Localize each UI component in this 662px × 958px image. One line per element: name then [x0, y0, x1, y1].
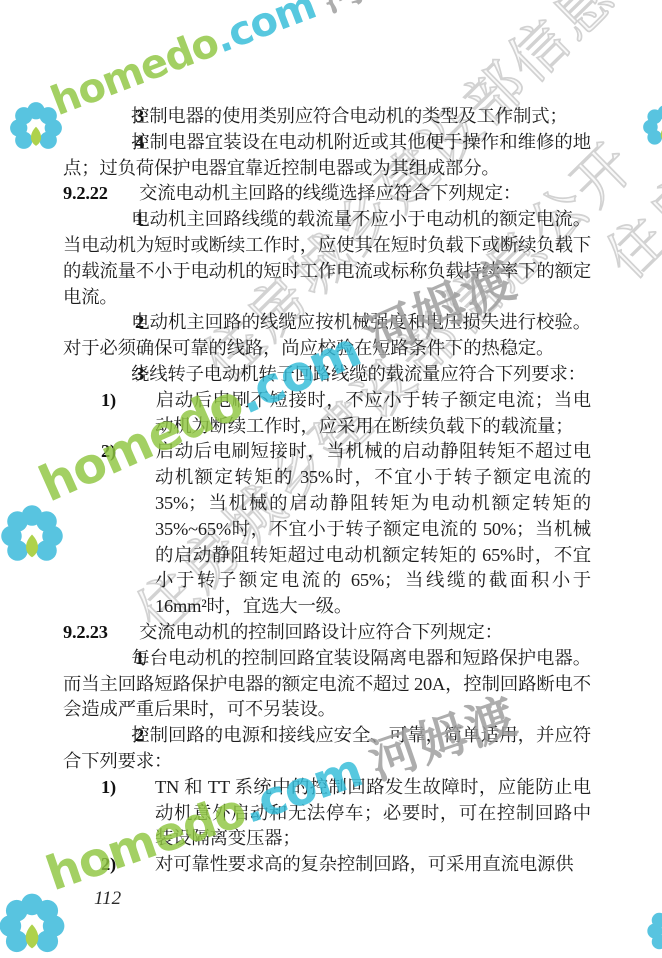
- item-marker: 2: [99, 723, 131, 749]
- homedo-watermark-cn: 河姆渡: [314, 0, 455, 21]
- clause-text: 控制电器的使用类别应符合电动机的类型及工作制式；: [131, 106, 568, 126]
- section-heading: 9.2.23交流电动机的控制回路设计应符合下列规定：: [63, 620, 591, 646]
- clause-text: 交流电动机的控制回路设计应符合下列规定：: [139, 622, 503, 642]
- page-number: 112: [94, 888, 121, 910]
- item-marker: 1: [99, 207, 131, 233]
- homedo-flower-icon: [638, 100, 662, 154]
- clause-paragraph: 4控制电器宜装设在电动机附近或其他便于操作和维修的地点；过负荷保护电器宜靠近控制…: [63, 130, 591, 182]
- clause-text: 启动后电刷短接时，当机械的启动静阻转矩不超过电动机额定转矩的 35%时，不宜小于…: [155, 441, 591, 616]
- item-marker: 1: [99, 646, 131, 672]
- clause-paragraph: 3控制电器的使用类别应符合电动机的类型及工作制式；: [63, 104, 591, 130]
- section-number: 9.2.22: [63, 181, 139, 207]
- item-marker: 3: [99, 362, 131, 388]
- clause-text: 交流电动机主回路的线缆选择应符合下列规定：: [139, 183, 521, 203]
- document-page: 住房城乡建设部信息公开 住房城乡建设部信息公开 住房城乡建设部信息公开 3控制电…: [0, 0, 662, 958]
- homedo-flower-icon: [0, 498, 70, 574]
- item-marker: 1): [128, 775, 155, 801]
- section-number: 9.2.23: [63, 620, 139, 646]
- homedo-flower-icon: [642, 903, 662, 958]
- homedo-flower-icon: [4, 96, 68, 160]
- clause-text: 对可靠性要求高的复杂控制回路，可采用直流电源供: [155, 854, 573, 874]
- item-marker: 2: [99, 310, 131, 336]
- homedo-flower-icon: [0, 886, 72, 958]
- homedo-watermark-domain: .com: [208, 0, 322, 62]
- item-marker: 4: [99, 130, 131, 156]
- section-heading: 9.2.22交流电动机主回路的线缆选择应符合下列规定：: [63, 181, 591, 207]
